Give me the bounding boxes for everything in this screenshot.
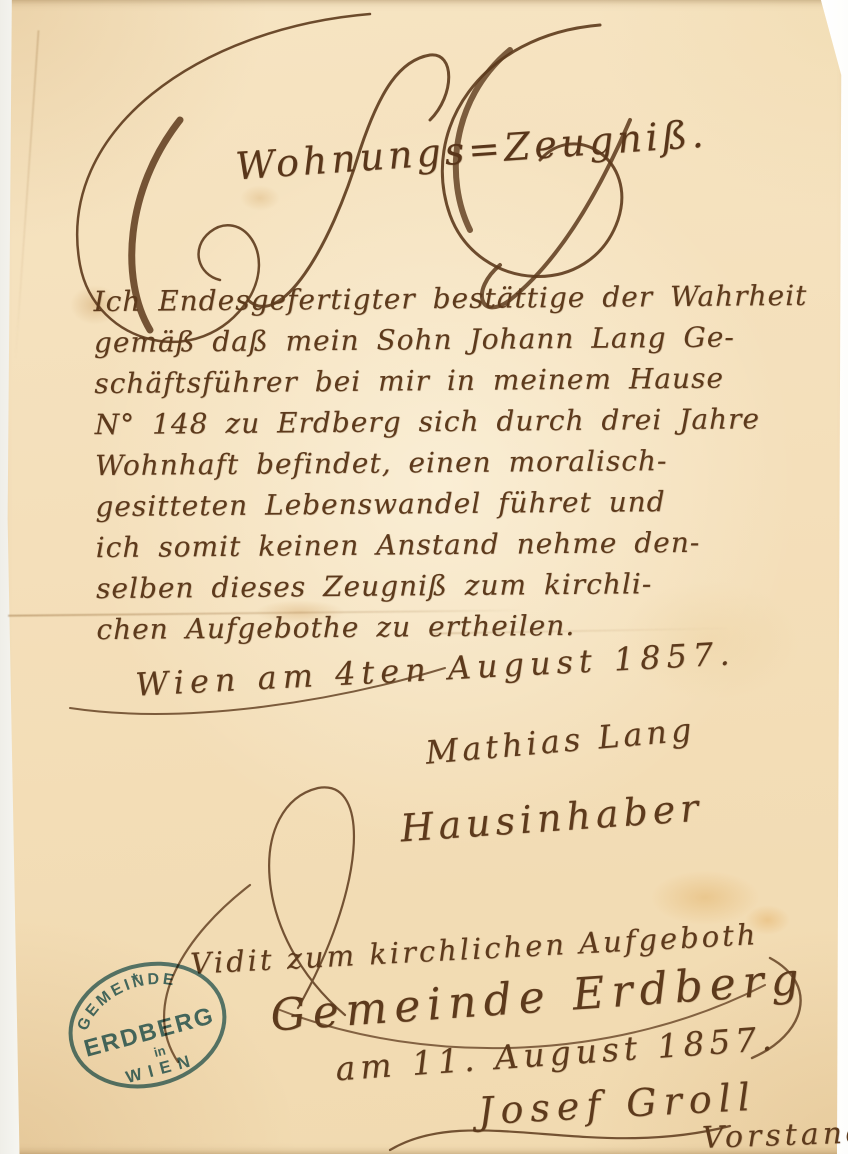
body-paragraph: Ich Endesgefertigter bestättige der Wahr… [93, 275, 810, 650]
document-scan: Wohnungs=Zeugniß. Ich Endesgefertigter b… [0, 0, 848, 1154]
body-line: ich somit keinen Anstand nehme den- [96, 521, 810, 568]
body-line: gemäß daß mein Sohn Johann Lang Ge- [94, 316, 808, 363]
body-line: N° 148 zu Erdberg sich durch drei Jahre [94, 398, 808, 445]
body-line: selben dieses Zeugniß zum kirchli- [96, 562, 810, 609]
endorsement-signer-role: Vorstand [701, 1115, 848, 1154]
body-line: gesitteten Lebenswandel führet und [95, 480, 809, 527]
body-line: schäftsführer bei mir in meinem Hause [94, 357, 808, 404]
body-line: Wohnhaft befindet, einen moralisch- [95, 439, 809, 486]
body-line: Ich Endesgefertigter bestättige der Wahr… [93, 275, 807, 322]
